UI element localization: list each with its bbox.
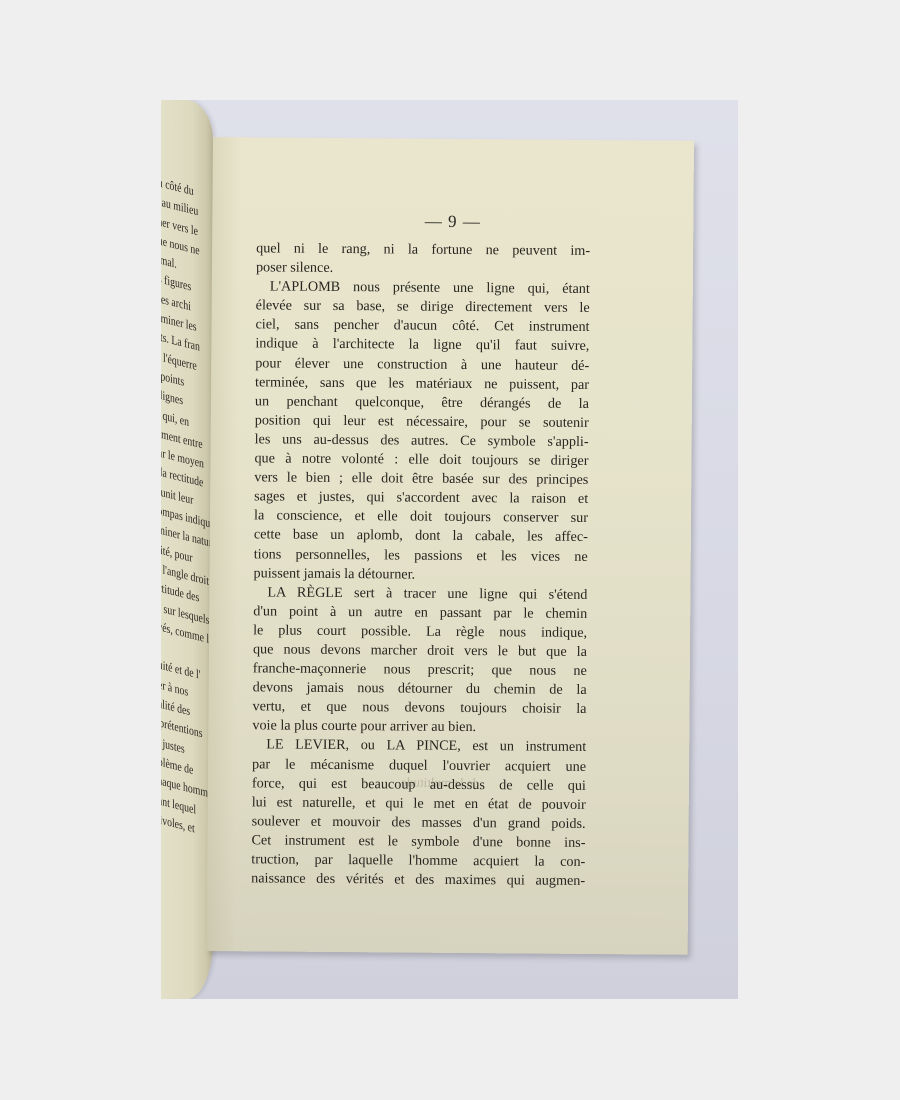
text-line: tions personnelles, les passions et les … <box>254 545 588 567</box>
left-page-edge: du côté dus, au milieucher vers leque no… <box>161 100 213 999</box>
show-through-text: de la multitude. <box>398 774 479 791</box>
text-line: que à notre volonté : elle doit toujours… <box>254 449 588 471</box>
text-line: que nous devons marcher droit vers le bu… <box>253 640 587 662</box>
page-number: — 9 — <box>212 210 693 234</box>
text-line: franche-maçonnerie nous prescrit; que no… <box>253 659 587 681</box>
text-line: cette base un aplomb, dont la cabale, le… <box>254 526 588 548</box>
text-line: voie la plus courte pour arriver au bien… <box>252 717 586 739</box>
text-line: sages et justes, qui s'accordent avec la… <box>254 488 588 510</box>
text-line: poser silence. <box>256 258 590 280</box>
text-line: vers le bien ; elle doit être basée sur … <box>254 468 588 490</box>
text-line: L'APLOMB nous présente une ligne qui, ét… <box>256 278 590 300</box>
text-line: naissance des vérités et des maximes qui… <box>251 869 585 891</box>
text-line: soulever et mouvoir des masses d'un gran… <box>252 812 586 834</box>
text-line: la conscience, et elle doit toujours con… <box>254 507 588 529</box>
text-line: puissent jamais la détourner. <box>253 564 587 586</box>
text-line: indique à l'architecte la ligne qu'il fa… <box>255 335 589 357</box>
text-line: LA RÈGLE sert à tracer une ligne qui s'é… <box>253 583 587 605</box>
page-body-text: quel ni le rang, ni la fortune ne peuven… <box>251 239 590 891</box>
text-line: LE LEVIER, ou LA PINCE, est un instrumen… <box>252 736 586 758</box>
left-page-text: du côté dus, au milieucher vers leque no… <box>161 172 213 844</box>
book-photo: du côté dus, au milieucher vers leque no… <box>161 100 738 999</box>
text-line: vertu, et que nous devons toujours chois… <box>252 698 586 720</box>
text-line: truction, par laquelle l'homme acquiert … <box>251 850 585 872</box>
text-line: le plus court possible. La règle nous in… <box>253 621 587 643</box>
text-line: quel ni le rang, ni la fortune ne peuven… <box>256 239 590 261</box>
text-line: ciel, sans pencher d'aucun côté. Cet ins… <box>255 316 589 338</box>
text-line: d'un point à un autre en passant par le … <box>253 602 587 624</box>
text-line: un penchant quelconque, être dérangés de… <box>255 392 589 414</box>
text-line: les uns au-dessus des autres. Ce symbole… <box>255 430 589 452</box>
text-line: Cet instrument est le symbole d'une bonn… <box>251 831 585 853</box>
text-line: devons jamais nous détourner du chemin d… <box>253 678 587 700</box>
text-line: pour élever une construction à une haute… <box>255 354 589 376</box>
text-line: élevée sur sa base, se dirige directemen… <box>256 297 590 319</box>
text-line: terminée, sans que les matériaux ne puis… <box>255 373 589 395</box>
text-line: lui est naturelle, et qui le met en état… <box>252 793 586 815</box>
text-line: par le mécanisme duquel l'ouvrier acquie… <box>252 755 586 777</box>
right-page: — 9 — quel ni le rang, ni la fortune ne … <box>207 137 694 955</box>
text-line: position qui leur est nécessaire, pour s… <box>255 411 589 433</box>
